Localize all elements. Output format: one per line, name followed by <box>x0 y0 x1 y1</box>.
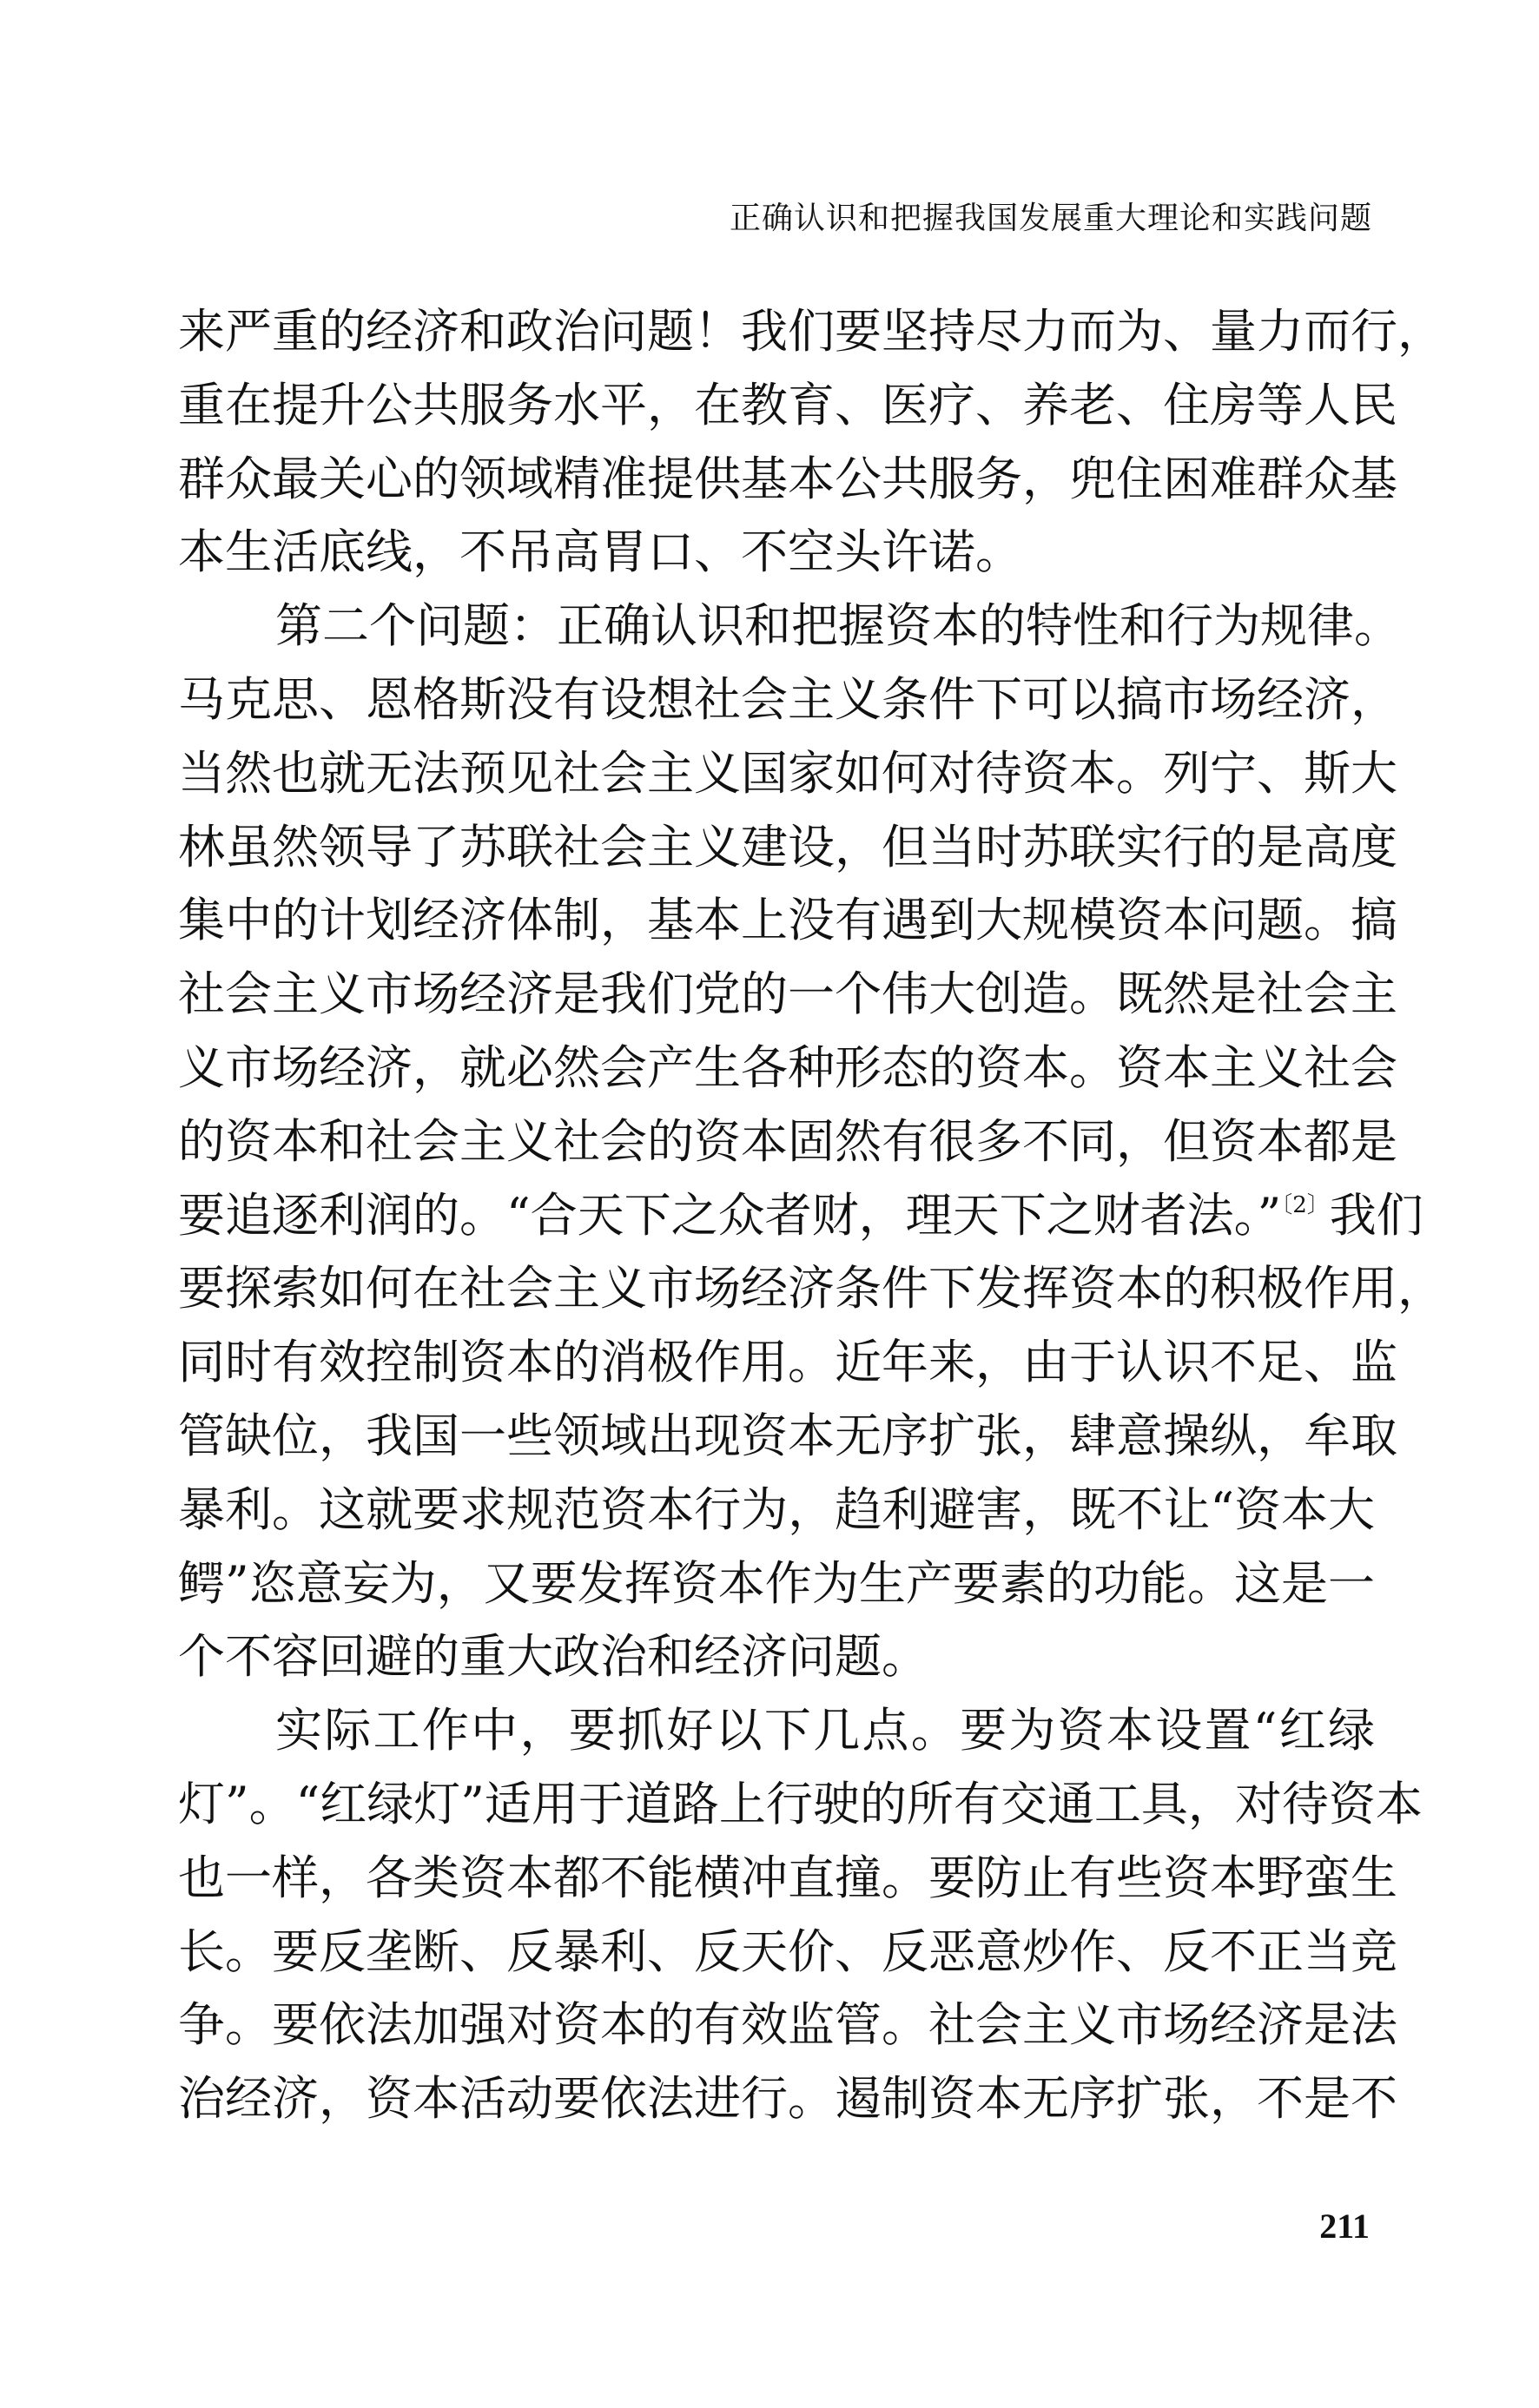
text-line: 个不容回避的重大政治和经济问题。 <box>178 1620 1375 1694</box>
text-line: 来严重的经济和政治问题！我们要坚持尽力而为、量力而行， <box>178 295 1375 369</box>
text-line: 实际工作中，要抓好以下几点。要为资本设置“红绿 <box>178 1694 1375 1768</box>
page-number: 211 <box>1319 2206 1370 2246</box>
text-line: 本生活底线，不吊高胃口、不空头许诺。 <box>178 516 1375 590</box>
text-line: 第二个问题：正确认识和把握资本的特性和行为规律。 <box>178 590 1375 663</box>
footnote-reference[interactable]: 〔2〕 <box>1281 1192 1330 1218</box>
text-line-with-footnote: 要追逐利润的。“合天下之众者财，理天下之财者法。”〔2〕我们 <box>178 1179 1375 1253</box>
text-line: 集中的计划经济体制，基本上没有遇到大规模资本问题。搞 <box>178 884 1375 958</box>
text-line: 也一样，各类资本都不能横冲直撞。要防止有些资本野蛮生 <box>178 1842 1375 1916</box>
text-line: 长。要反垄断、反暴利、反天价、反恶意炒作、反不正当竞 <box>178 1916 1375 1989</box>
paragraph-3: 实际工作中，要抓好以下几点。要为资本设置“红绿 灯”。“红绿灯”适用于道路上行驶… <box>178 1694 1375 2136</box>
text-line: 社会主义市场经济是我们党的一个伟大创造。既然是社会主 <box>178 958 1375 1032</box>
text-line: 义市场经济，就必然会产生各种形态的资本。资本主义社会 <box>178 1032 1375 1105</box>
paragraph-2: 第二个问题：正确认识和把握资本的特性和行为规律。 马克思、恩格斯没有设想社会主义… <box>178 590 1375 1694</box>
text-line: 同时有效控制资本的消极作用。近年来，由于认识不足、监 <box>178 1326 1375 1400</box>
text-line: 重在提升公共服务水平，在教育、医疗、养老、住房等人民 <box>178 369 1375 443</box>
text-line: 的资本和社会主义社会的资本固然有很多不同，但资本都是 <box>178 1105 1375 1179</box>
text-line: 要探索如何在社会主义市场经济条件下发挥资本的积极作用， <box>178 1252 1375 1326</box>
body-text: 来严重的经济和政治问题！我们要坚持尽力而为、量力而行， 重在提升公共服务水平，在… <box>178 295 1375 2136</box>
text-line: 治经济，资本活动要依法进行。遏制资本无序扩张，不是不 <box>178 2062 1375 2136</box>
text-line: 鳄”恣意妄为，又要发挥资本作为生产要素的功能。这是一 <box>178 1547 1375 1621</box>
text-line: 灯”。“红绿灯”适用于道路上行驶的所有交通工具，对待资本 <box>178 1768 1375 1842</box>
text-line: 管缺位，我国一些领域出现资本无序扩张，肆意操纵，牟取 <box>178 1400 1375 1474</box>
text-line: 暴利。这就要求规范资本行为，趋利避害，既不让“资本大 <box>178 1474 1375 1547</box>
text-line: 马克思、恩格斯没有设想社会主义条件下可以搞市场经济， <box>178 663 1375 737</box>
text-line: 当然也就无法预见社会主义国家如何对待资本。列宁、斯大 <box>178 737 1375 811</box>
text-segment: 我们 <box>1330 1188 1423 1243</box>
text-line: 群众最关心的领域精准提供基本公共服务，兜住困难群众基 <box>178 443 1375 517</box>
text-line: 争。要依法加强对资本的有效监管。社会主义市场经济是法 <box>178 1989 1375 2062</box>
running-header-title: 正确认识和把握我国发展重大理论和实践问题 <box>730 198 1372 240</box>
text-line: 林虽然领导了苏联社会主义建设，但当时苏联实行的是高度 <box>178 811 1375 885</box>
text-segment: 要追逐利润的。“合天下之众者财，理天下之财者法。” <box>178 1188 1281 1243</box>
paragraph-1: 来严重的经济和政治问题！我们要坚持尽力而为、量力而行， 重在提升公共服务水平，在… <box>178 295 1375 590</box>
